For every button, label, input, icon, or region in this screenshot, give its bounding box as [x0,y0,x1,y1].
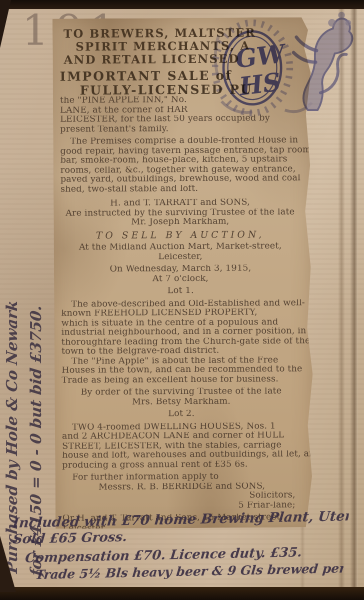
gwhs-stamp: GW HS [212,8,354,122]
clipping-line: shed, two-stall stable and loft. [60,184,309,195]
clipping-line: present Tenant's family. [60,124,309,135]
lion-rampant-icon [294,12,353,110]
margin-annotation-line-2: for £4150 = 0 - 0 but bid £3750. [24,65,48,578]
clipping-line: Lot 2. [62,409,311,420]
clipping-line: TO SELL BY AUCTION, [61,230,310,241]
clipping-line: producing a gross annual rent of £35 6s. [62,460,311,471]
handwritten-notes: Included with £70 home Brewing Plant, Ut… [7,508,350,583]
clipping-line: Trade as being an excellent house for bu… [62,375,311,386]
stamp-scroll-flourish [215,35,218,75]
stamp-letters-hs: HS [237,67,283,101]
photo-border-top [0,0,364,9]
clipping-line: Leicester, [61,252,310,263]
clipping-line: Lot 1. [61,286,310,297]
margin-annotation: Purchased by Hole & Co Newark for £4150 … [0,62,48,577]
clipping-line: Mrs. Betsy Markham. [62,397,311,408]
margin-annotation-line-1: Purchased by Hole & Co Newark [0,62,24,575]
clipping-line: At 7 o'clock, [61,274,310,285]
clipping-line: Mr. Joseph Markham, [61,217,310,228]
photo-border-bottom [0,587,364,600]
scrapbook-photo: 191 Purchased by Hole & Co Newark for £4… [0,0,364,600]
